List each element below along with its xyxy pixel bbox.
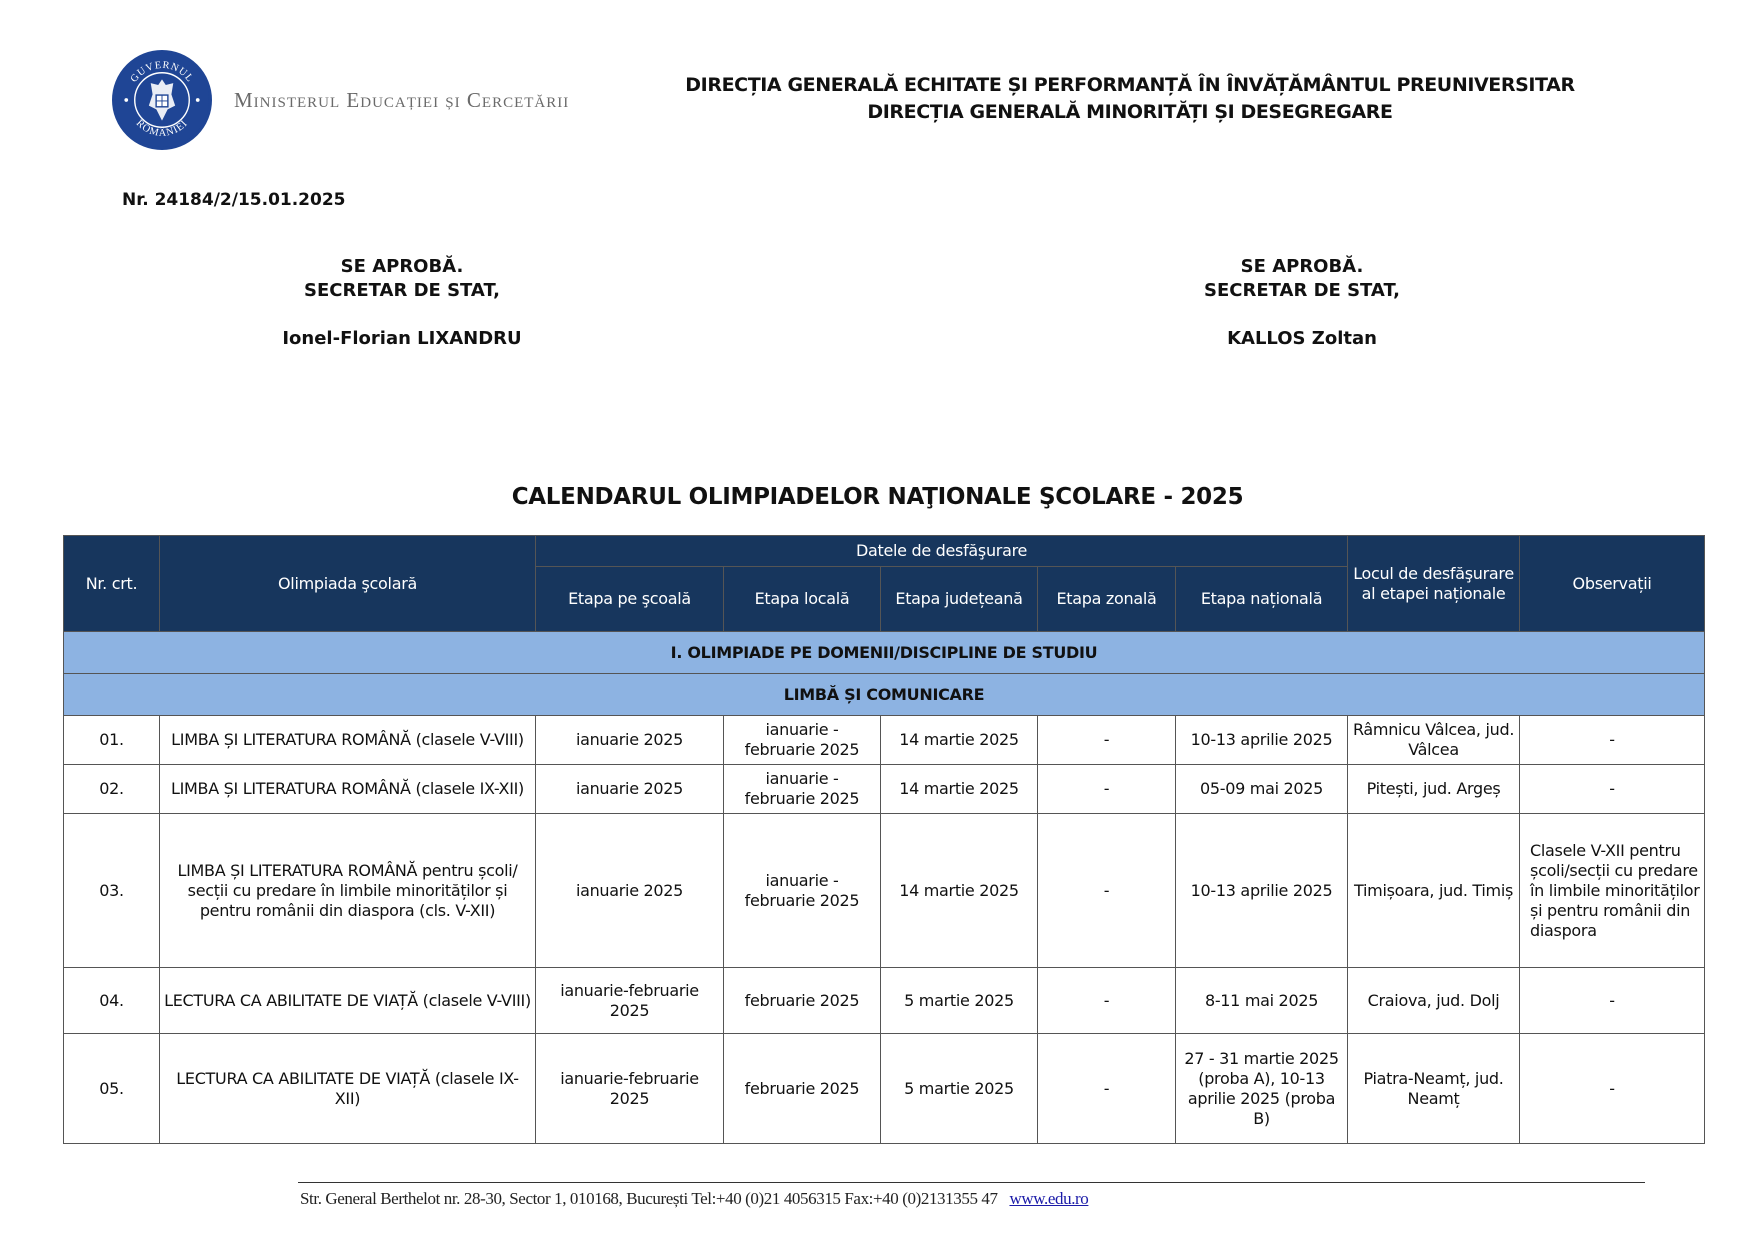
- cell-zonala: -: [1038, 716, 1176, 765]
- section-title: LIMBĂ ȘI COMUNICARE: [64, 674, 1705, 716]
- cell-olimpiada: LIMBA ȘI LITERATURA ROMÂNĂ (clasele V-VI…: [160, 716, 536, 765]
- column-header-nationala: Etapa națională: [1176, 567, 1348, 632]
- approval-role: SECRETAR DE STAT,: [1102, 279, 1502, 303]
- column-group-header-dates: Datele de desfăşurare: [536, 536, 1348, 567]
- cell-nationala: 05-09 mai 2025: [1176, 765, 1348, 814]
- ministry-name: Ministerul Educației și Cercetării: [234, 88, 569, 113]
- approval-line: SE APROBĂ.: [202, 255, 602, 279]
- column-header-scoala: Etapa pe şcoală: [536, 567, 724, 632]
- approval-block-right: SE APROBĂ. SECRETAR DE STAT, KALLOS Zolt…: [1102, 255, 1502, 351]
- government-seal-icon: GUVERNUL ROMÂNIEI: [112, 50, 212, 150]
- cell-scoala: ianuarie 2025: [536, 716, 724, 765]
- approval-role: SECRETAR DE STAT,: [202, 279, 602, 303]
- cell-judeteana: 14 martie 2025: [881, 716, 1038, 765]
- cell-locul: Craiova, jud. Dolj: [1348, 968, 1520, 1034]
- cell-observatii: -: [1520, 968, 1705, 1034]
- cell-locala: februarie 2025: [724, 968, 881, 1034]
- website-link[interactable]: www.edu.ro: [1009, 1189, 1088, 1208]
- cell-olimpiada: LIMBA ȘI LITERATURA ROMÂNĂ (clasele IX-X…: [160, 765, 536, 814]
- approval-block-left: SE APROBĂ. SECRETAR DE STAT, Ionel-Flori…: [202, 255, 602, 351]
- cell-nr: 04.: [64, 968, 160, 1034]
- cell-scoala: ianuarie-februarie 2025: [536, 968, 724, 1034]
- table-row: 02. LIMBA ȘI LITERATURA ROMÂNĂ (clasele …: [64, 765, 1705, 814]
- table-row: 03. LIMBA ȘI LITERATURA ROMÂNĂ pentru șc…: [64, 814, 1705, 968]
- cell-zonala: -: [1038, 765, 1176, 814]
- cell-olimpiada: LIMBA ȘI LITERATURA ROMÂNĂ pentru școli/…: [160, 814, 536, 968]
- cell-judeteana: 5 martie 2025: [881, 1034, 1038, 1144]
- cell-scoala: ianuarie 2025: [536, 814, 724, 968]
- cell-locul: Timișoara, jud. Timiș: [1348, 814, 1520, 968]
- cell-locul: Piatra-Neamț, jud. Neamț: [1348, 1034, 1520, 1144]
- cell-zonala: -: [1038, 1034, 1176, 1144]
- table-row: 04. LECTURA CA ABILITATE DE VIAȚĂ (clase…: [64, 968, 1705, 1034]
- approval-name: KALLOS Zoltan: [1102, 327, 1502, 351]
- cell-nationala: 27 - 31 martie 2025 (proba A), 10-13 apr…: [1176, 1034, 1348, 1144]
- header-logo: GUVERNUL ROMÂNIEI Ministerul Educației ș…: [112, 50, 569, 150]
- footer: Str. General Berthelot nr. 28-30, Sector…: [300, 1189, 1088, 1209]
- footer-divider: [298, 1182, 1645, 1183]
- section-row: I. OLIMPIADE PE DOMENII/DISCIPLINE DE ST…: [64, 632, 1705, 674]
- cell-judeteana: 14 martie 2025: [881, 765, 1038, 814]
- cell-judeteana: 5 martie 2025: [881, 968, 1038, 1034]
- cell-locala: februarie 2025: [724, 1034, 881, 1144]
- cell-nr: 02.: [64, 765, 160, 814]
- cell-scoala: ianuarie-februarie 2025: [536, 1034, 724, 1144]
- cell-zonala: -: [1038, 814, 1176, 968]
- column-header-locala: Etapa locală: [724, 567, 881, 632]
- column-header-locul: Locul de desfăşurare al etapei naționale: [1348, 536, 1520, 632]
- cell-nationala: 10-13 aprilie 2025: [1176, 814, 1348, 968]
- cell-nr: 01.: [64, 716, 160, 765]
- section-row: LIMBĂ ȘI COMUNICARE: [64, 674, 1705, 716]
- table-row: 01. LIMBA ȘI LITERATURA ROMÂNĂ (clasele …: [64, 716, 1705, 765]
- directorate-line: DIRECȚIA GENERALĂ MINORITĂȚI ȘI DESEGREG…: [640, 99, 1620, 126]
- cell-observatii: Clasele V-XII pentru școli/secții cu pre…: [1520, 814, 1705, 968]
- footer-address: Str. General Berthelot nr. 28-30, Sector…: [300, 1189, 998, 1208]
- cell-locul: Râmnicu Vâlcea, jud. Vâlcea: [1348, 716, 1520, 765]
- cell-observatii: -: [1520, 716, 1705, 765]
- column-header-judeteana: Etapa județeană: [881, 567, 1038, 632]
- cell-locala: ianuarie - februarie 2025: [724, 814, 881, 968]
- cell-observatii: -: [1520, 765, 1705, 814]
- cell-observatii: -: [1520, 1034, 1705, 1144]
- cell-nr: 05.: [64, 1034, 160, 1144]
- document-title: CALENDARUL OLIMPIADELOR NAŢIONALE ŞCOLAR…: [0, 484, 1755, 510]
- cell-locala: ianuarie - februarie 2025: [724, 765, 881, 814]
- cell-zonala: -: [1038, 968, 1176, 1034]
- section-title: I. OLIMPIADE PE DOMENII/DISCIPLINE DE ST…: [64, 632, 1705, 674]
- document-number: Nr. 24184/2/15.01.2025: [122, 190, 346, 210]
- column-header-zonala: Etapa zonală: [1038, 567, 1176, 632]
- olympiad-calendar-table: Nr. crt. Olimpiada şcolară Datele de des…: [63, 535, 1705, 1144]
- directorate-line: DIRECȚIA GENERALĂ ECHITATE ȘI PERFORMANȚ…: [640, 72, 1620, 99]
- column-header-observatii: Observații: [1520, 536, 1705, 632]
- directorate-title: DIRECȚIA GENERALĂ ECHITATE ȘI PERFORMANȚ…: [640, 72, 1620, 126]
- cell-nationala: 8-11 mai 2025: [1176, 968, 1348, 1034]
- cell-olimpiada: LECTURA CA ABILITATE DE VIAȚĂ (clasele V…: [160, 968, 536, 1034]
- cell-nr: 03.: [64, 814, 160, 968]
- svg-text:ROMÂNIEI: ROMÂNIEI: [134, 118, 190, 139]
- column-header-nr: Nr. crt.: [64, 536, 160, 632]
- cell-locul: Pitești, jud. Argeș: [1348, 765, 1520, 814]
- cell-judeteana: 14 martie 2025: [881, 814, 1038, 968]
- cell-olimpiada: LECTURA CA ABILITATE DE VIAȚĂ (clasele I…: [160, 1034, 536, 1144]
- approval-line: SE APROBĂ.: [1102, 255, 1502, 279]
- approval-name: Ionel-Florian LIXANDRU: [202, 327, 602, 351]
- cell-scoala: ianuarie 2025: [536, 765, 724, 814]
- table-row: 05. LECTURA CA ABILITATE DE VIAȚĂ (clase…: [64, 1034, 1705, 1144]
- cell-locala: ianuarie - februarie 2025: [724, 716, 881, 765]
- column-header-olimpiada: Olimpiada şcolară: [160, 536, 536, 632]
- cell-nationala: 10-13 aprilie 2025: [1176, 716, 1348, 765]
